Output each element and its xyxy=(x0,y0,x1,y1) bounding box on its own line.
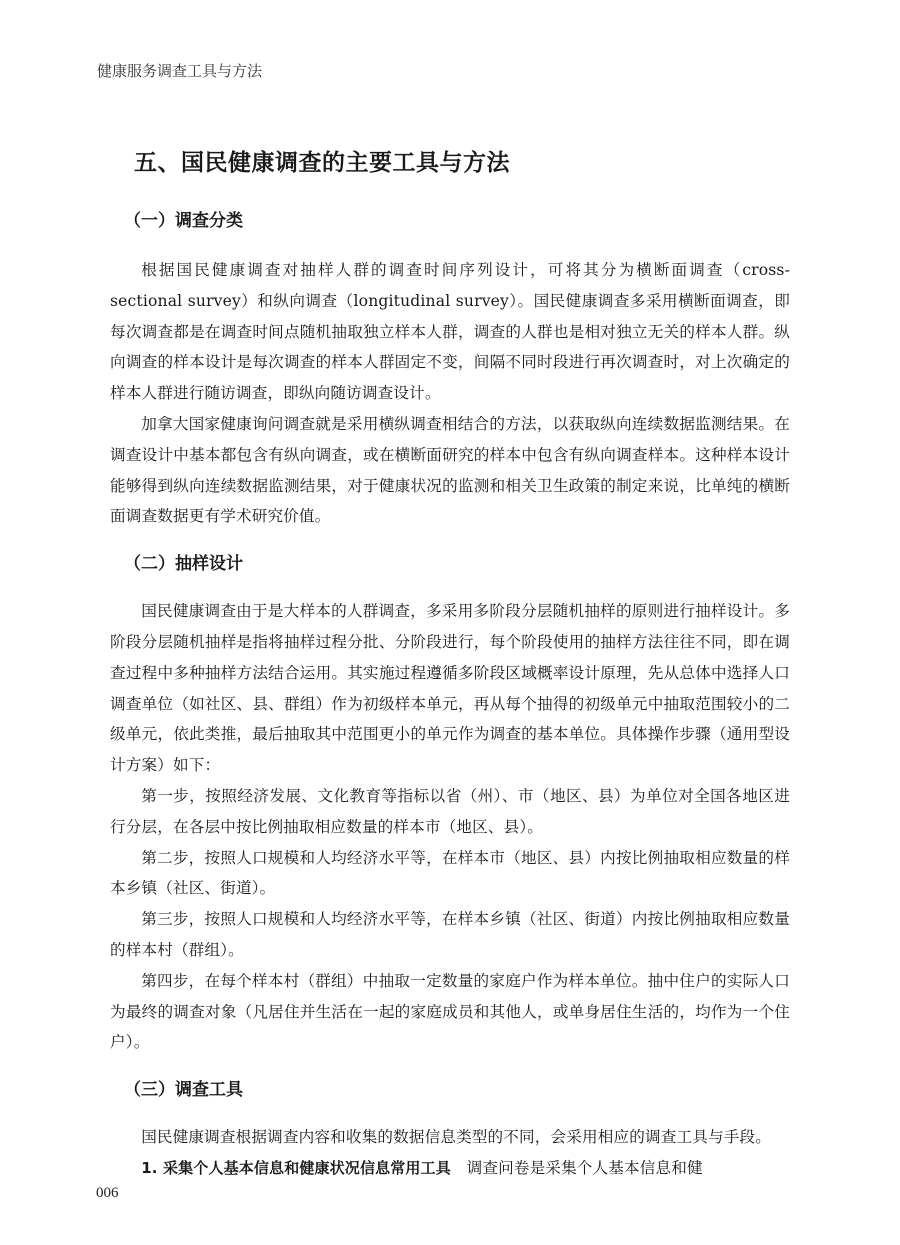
numbered-item-1: 1. 采集个人基本信息和健康状况信息常用工具 调查问卷是采集个人基本信息和健 xyxy=(110,1153,790,1184)
running-head: 健康服务调查工具与方法 xyxy=(97,60,262,81)
paragraph-step-4: 第四步，在每个样本村（群组）中抽取一定数量的家庭户作为样本单位。抽中住户的实际人… xyxy=(110,966,790,1058)
paragraph: 国民健康调查由于是大样本的人群调查，多采用多阶段分层随机抽样的原则进行抽样设计。… xyxy=(110,596,790,781)
paragraph: 国民健康调查根据调查内容和收集的数据信息类型的不同，会采用相应的调查工具与手段。 xyxy=(110,1122,790,1153)
paragraph-step-2: 第二步，按照人口规模和人均经济水平等，在样本市（地区、县）内按比例抽取相应数量的… xyxy=(110,843,790,905)
numbered-item-text: 调查问卷是采集个人基本信息和健 xyxy=(451,1159,703,1177)
numbered-item-lead: 1. 采集个人基本信息和健康状况信息常用工具 xyxy=(141,1159,451,1177)
chapter-title: 五、国民健康调查的主要工具与方法 xyxy=(134,145,790,181)
paragraph-step-3: 第三步，按照人口规模和人均经济水平等，在样本乡镇（社区、街道）内按比例抽取相应数… xyxy=(110,904,790,966)
page-number: 006 xyxy=(96,1185,119,1202)
paragraph: 加拿大国家健康询问调查就是采用横纵调查相结合的方法，以获取纵向连续数据监测结果。… xyxy=(110,409,790,532)
paragraph-step-1: 第一步，按照经济发展、文化教育等指标以省（州）、市（地区、县）为单位对全国各地区… xyxy=(110,781,790,843)
page-content: 五、国民健康调查的主要工具与方法 （一）调查分类 根据国民健康调查对抽样人群的调… xyxy=(110,145,790,1184)
section-title-classification: （一）调查分类 xyxy=(110,195,790,247)
paragraph: 根据国民健康调查对抽样人群的调查时间序列设计，可将其分为横断面调查（cross-… xyxy=(110,255,790,409)
section-title-sampling-design: （二）抽样设计 xyxy=(110,538,790,590)
section-title-survey-tools: （三）调查工具 xyxy=(110,1064,790,1116)
